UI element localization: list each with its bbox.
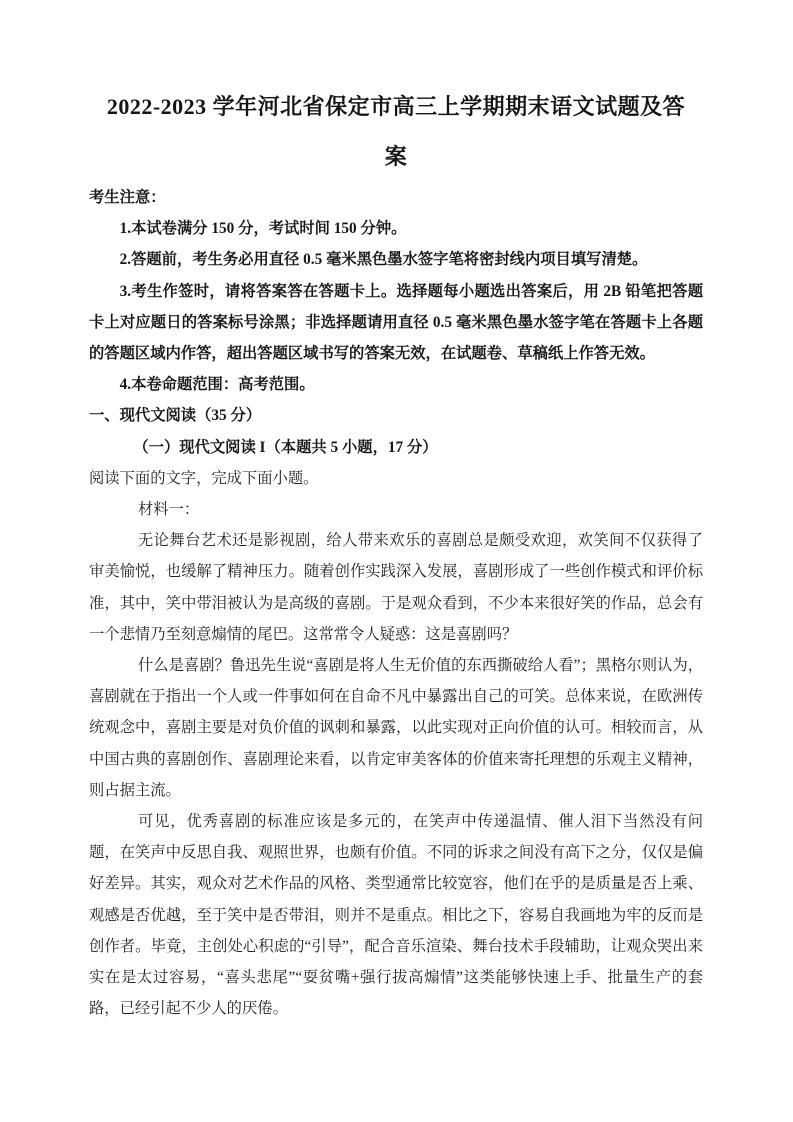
- document-body: 考生注意： 1.本试卷满分 150 分，考试时间 150 分钟。 2.答题前，考…: [89, 182, 703, 1024]
- section-heading: 一、现代文阅读（35 分）: [89, 400, 703, 431]
- reading-instruction: 阅读下面的文字，完成下面小题。: [89, 463, 703, 494]
- notice-heading: 考生注意：: [89, 182, 703, 213]
- document-page: 2022-2023 学年河北省保定市高三上学期期末语文试题及答 案 考生注意： …: [0, 0, 793, 1122]
- document-title-line-2: 案: [89, 132, 703, 182]
- notice-item-4: 4.本卷命题范围：高考范围。: [89, 369, 703, 400]
- material-label: 材料一：: [89, 494, 703, 525]
- material-paragraph-3: 可见，优秀喜剧的标准应该是多元的，在笑声中传递温情、催人泪下当然没有问题，在笑声…: [89, 806, 703, 1024]
- document-title: 2022-2023 学年河北省保定市高三上学期期末语文试题及答 案: [89, 82, 703, 182]
- notice-item-1: 1.本试卷满分 150 分，考试时间 150 分钟。: [89, 213, 703, 244]
- material-paragraph-2: 什么是喜剧？鲁迅先生说“喜剧是将人生无价值的东西撕破给人看”；黑格尔则认为，喜剧…: [89, 650, 703, 806]
- material-paragraph-1: 无论舞台艺术还是影视剧，给人带来欢乐的喜剧总是颇受欢迎，欢笑间不仅获得了审美愉悦…: [89, 525, 703, 650]
- subsection-heading: （一）现代文阅读 I（本题共 5 小题，17 分）: [89, 432, 703, 463]
- notice-item-3: 3.考生作签时，请将答案答在答题卡上。选择题每小题选出答案后，用 2B 铅笔把答…: [89, 276, 703, 370]
- notice-item-2: 2.答题前，考生务必用直径 0.5 毫米黑色墨水签字笔将密封线内项目填写清楚。: [89, 244, 703, 275]
- document-title-line-1: 2022-2023 学年河北省保定市高三上学期期末语文试题及答: [89, 82, 703, 132]
